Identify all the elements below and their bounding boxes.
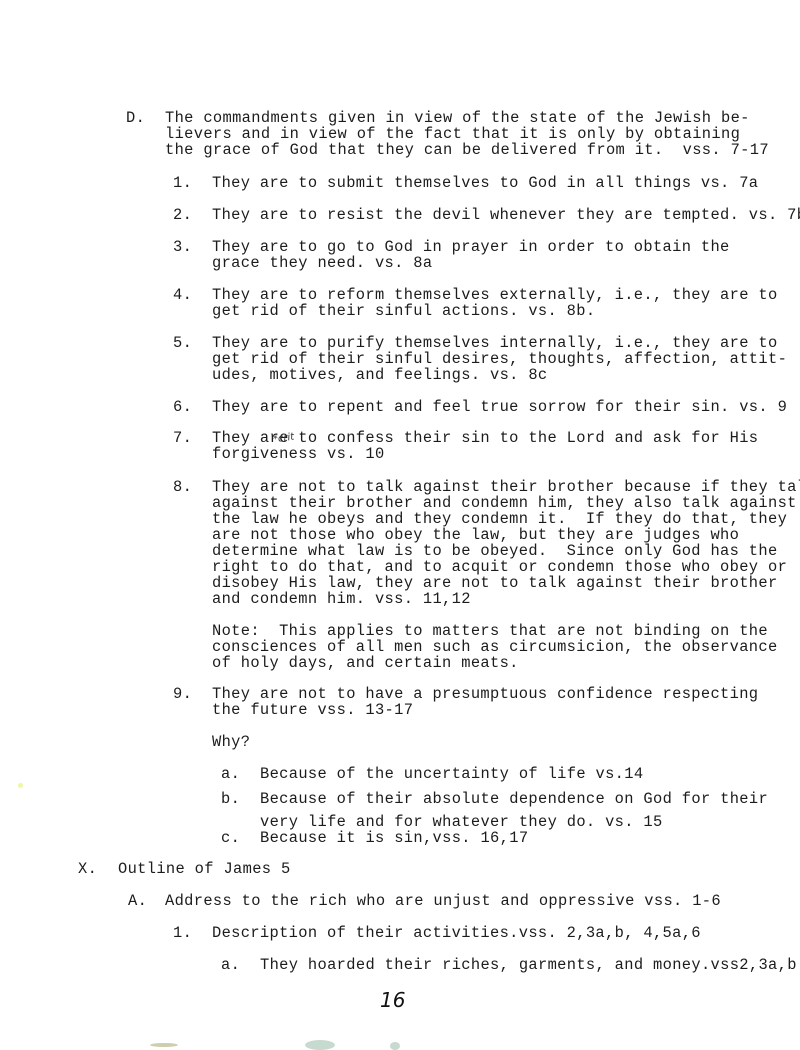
scan-smudge: [305, 1040, 335, 1050]
item-8-line-1: They are not to talk against their broth…: [212, 479, 800, 495]
item-8-note-line-2: consciences of all men such as circumsic…: [212, 639, 778, 655]
item-8-line-6: right to do that, and to acquit or conde…: [212, 559, 787, 575]
item-8-note-line-1: Note: This applies to matters that are n…: [212, 623, 768, 639]
item-5-line-1: They are to purify themselves internally…: [212, 335, 778, 351]
item-8-note-line-3: of holy days, and certain meats.: [212, 655, 519, 671]
section-x-a1-text: Description of their activities.vss. 2,3…: [212, 925, 701, 941]
item-9-why: Why?: [212, 734, 250, 750]
page-number: 16: [380, 988, 405, 1012]
item-6-marker: 6.: [173, 399, 192, 415]
item-8-line-5: determine what law is to be obeyed. Sinc…: [212, 543, 778, 559]
item-7-marker: 7.: [173, 430, 192, 446]
section-marker-d: D.: [126, 110, 145, 126]
item-2-marker: 2.: [173, 207, 192, 223]
item-7-line-2: forgiveness vs. 10: [212, 446, 385, 462]
item-8-line-4: are not those who obey the law, but they…: [212, 527, 739, 543]
section-d-line-1: The commandments given in view of the st…: [165, 110, 750, 126]
item-2-text: They are to resist the devil whenever th…: [212, 207, 800, 223]
scan-speck: [18, 783, 23, 788]
section-x-a1-marker: 1.: [173, 925, 192, 941]
subitem-a-marker: a.: [221, 766, 240, 782]
item-1-marker: 1.: [173, 175, 192, 191]
item-4-marker: 4.: [173, 287, 192, 303]
item-8-line-2: against their brother and condemn him, t…: [212, 495, 797, 511]
subitem-c-text: Because it is sin,vss. 16,17: [260, 830, 528, 846]
scan-smudge: [150, 1043, 178, 1047]
item-6-text: They are to repent and feel true sorrow …: [212, 399, 787, 415]
section-marker-x: X.: [78, 861, 97, 877]
subitem-b-line-1: Because of their absolute dependence on …: [260, 791, 768, 807]
subitem-c-marker: c.: [221, 830, 240, 846]
subitem-b-marker: b.: [221, 791, 240, 807]
item-3-line-2: grace they need. vs. 8a: [212, 255, 432, 271]
section-d-line-2: lievers and in view of the fact that it …: [165, 126, 740, 142]
subitem-b-line-2: very life and for whatever they do. vs. …: [260, 814, 663, 830]
item-5-marker: 5.: [173, 335, 192, 351]
item-8-line-8: and condemn him. vss. 11,12: [212, 591, 471, 607]
item-4-line-1: They are to reform themselves externally…: [212, 287, 778, 303]
item-9-marker: 9.: [173, 686, 192, 702]
item-4-line-2: get rid of their sinful actions. vs. 8b.: [212, 303, 595, 319]
item-5-line-2: get rid of their sinful desires, thought…: [212, 351, 787, 367]
section-x-a1a-marker: a.: [221, 957, 240, 973]
item-8-marker: 8.: [173, 479, 192, 495]
section-x-a1a-text: They hoarded their riches, garments, and…: [260, 957, 797, 973]
section-x-a-text: Address to the rich who are unjust and o…: [165, 893, 721, 909]
item-8-line-7: disobey His law, they are not to talk ag…: [212, 575, 778, 591]
item-9-line-2: the future vss. 13-17: [212, 702, 413, 718]
item-1-text: They are to submit themselves to God in …: [212, 175, 758, 191]
section-x-a-marker: A.: [128, 893, 147, 909]
item-5-line-3: udes, motives, and feelings. vs. 8c: [212, 367, 548, 383]
item-9-line-1: They are not to have a presumptuous conf…: [212, 686, 758, 702]
section-d-line-3: the grace of God that they can be delive…: [165, 142, 769, 158]
section-x-title: Outline of James 5: [118, 861, 291, 877]
scan-smudge: [390, 1042, 400, 1050]
item-8-line-3: the law he obeys and they condemn it. If…: [212, 511, 787, 527]
item-3-marker: 3.: [173, 239, 192, 255]
item-3-line-1: They are to go to God in prayer in order…: [212, 239, 730, 255]
subitem-a-text: Because of the uncertainty of life vs.14: [260, 766, 643, 782]
